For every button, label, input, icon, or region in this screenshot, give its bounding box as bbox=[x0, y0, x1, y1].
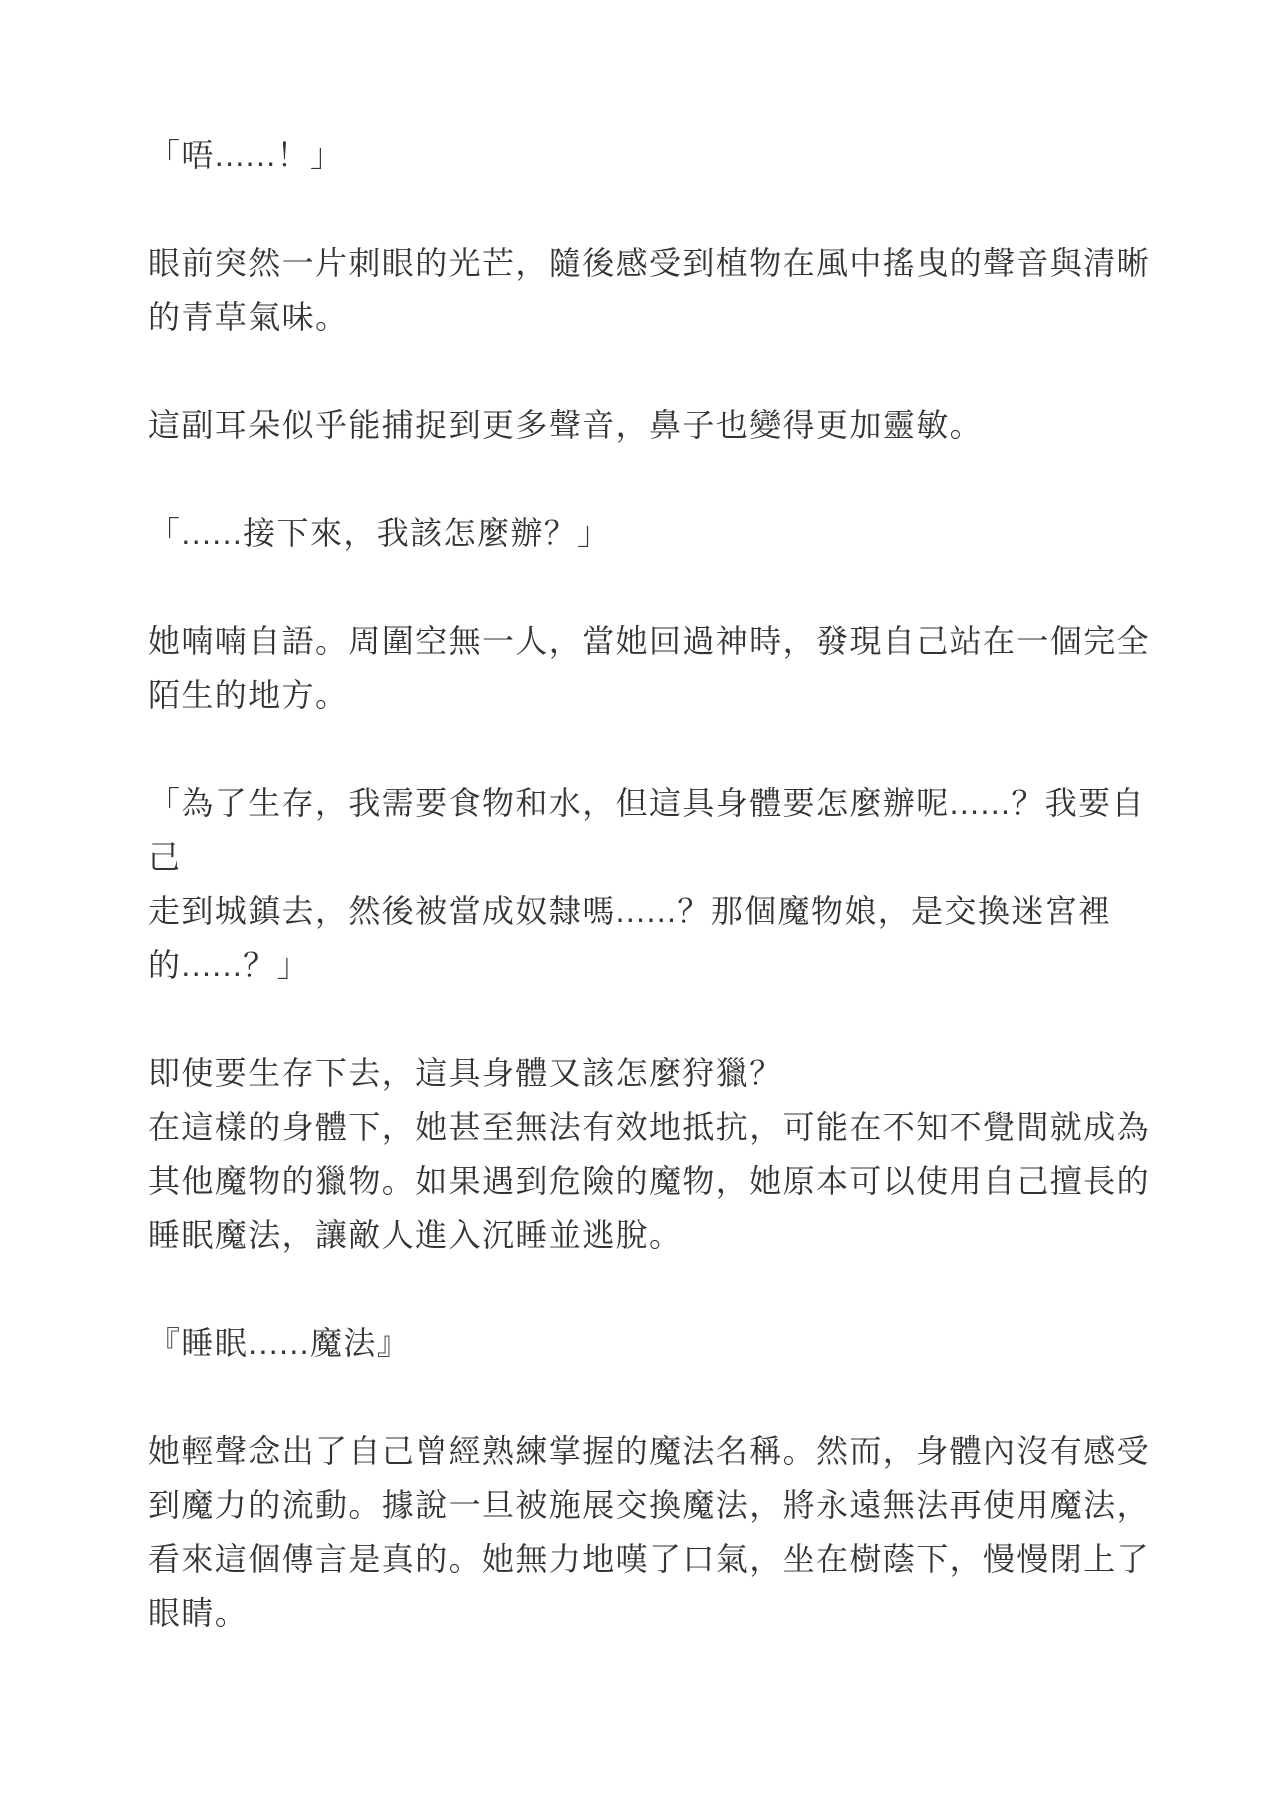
paragraph-dialogue-sleep-magic: 『睡眠......魔法』 bbox=[148, 1316, 1158, 1370]
paragraph-dialogue-what-now: 「......接下來，我該怎麼辦？」 bbox=[148, 506, 1158, 560]
paragraph-dialogue-grunt: 「唔......！」 bbox=[148, 128, 1158, 182]
paragraph-narration-hunting: 即使要生存下去，這具身體又該怎麼狩獵？ 在這樣的身體下，她甚至無法有效地抵抗，可… bbox=[148, 1046, 1158, 1262]
paragraph-narration-unfamiliar-place: 她喃喃自語。周圍空無一人，當她回過神時，發現自己站在一個完全 陌生的地方。 bbox=[148, 614, 1158, 722]
document-page: 「唔......！」 眼前突然一片刺眼的光芒，隨後感受到植物在風中搖曳的聲音與清… bbox=[0, 0, 1280, 1810]
paragraph-narration-senses: 這副耳朵似乎能捕捉到更多聲音，鼻子也變得更加靈敏。 bbox=[148, 398, 1158, 452]
novel-text-block: 「唔......！」 眼前突然一片刺眼的光芒，隨後感受到植物在風中搖曳的聲音與清… bbox=[148, 128, 1158, 1640]
paragraph-narration-magic-lost: 她輕聲念出了自己曾經熟練掌握的魔法名稱。然而，身體內沒有感受 到魔力的流動。據說… bbox=[148, 1424, 1158, 1640]
paragraph-dialogue-survival: 「為了生存，我需要食物和水，但這具身體要怎麼辦呢......？我要自己 走到城鎮… bbox=[148, 776, 1158, 992]
paragraph-narration-light: 眼前突然一片刺眼的光芒，隨後感受到植物在風中搖曳的聲音與清晰 的青草氣味。 bbox=[148, 236, 1158, 344]
